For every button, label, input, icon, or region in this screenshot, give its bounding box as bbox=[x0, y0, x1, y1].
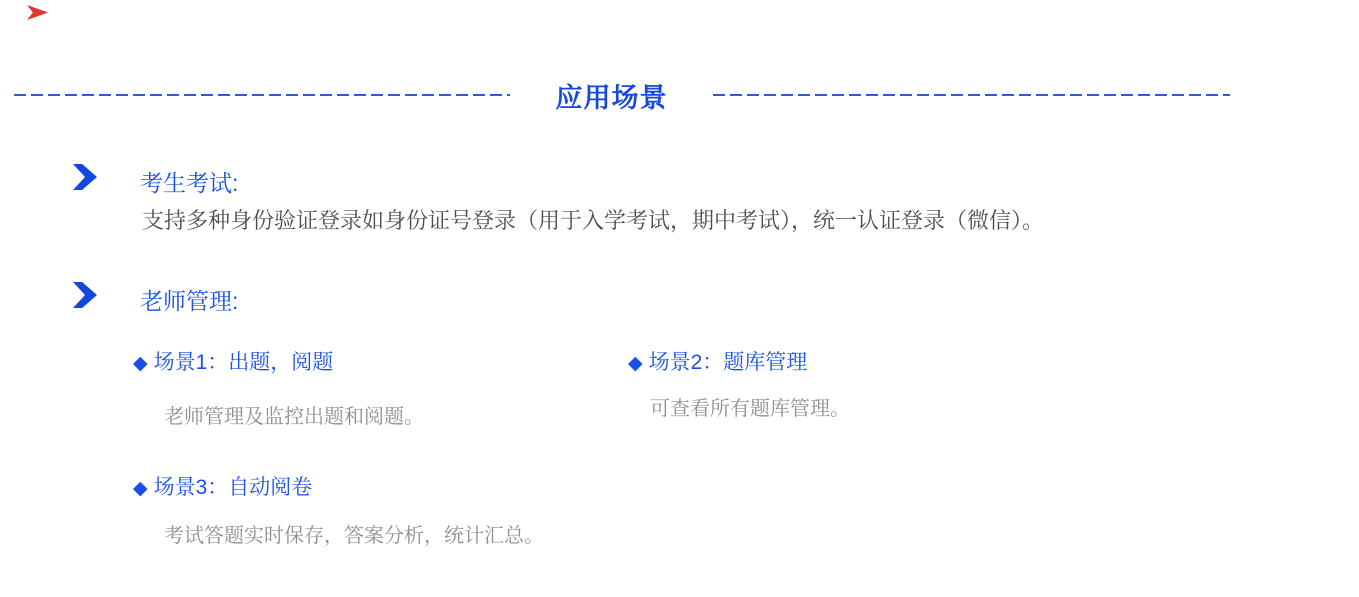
scenario-2-title: ◆场景2：题库管理 bbox=[628, 346, 807, 376]
diamond-bullet-icon: ◆ bbox=[133, 352, 148, 375]
application-scenarios-page: 应用场景 考生考试: 支持多种身份验证登录如身份证号登录（用于入学考试，期中考试… bbox=[0, 0, 1359, 597]
chevron-right-icon bbox=[73, 164, 97, 190]
scenario-1-title-text: 场景1：出题，阅题 bbox=[154, 351, 334, 374]
red-arrow-icon bbox=[27, 5, 48, 20]
title-dash-right bbox=[713, 94, 1230, 96]
scenario-1-title: ◆场景1：出题，阅题 bbox=[133, 346, 333, 376]
scenario-2-description: 可查看所有题库管理。 bbox=[650, 392, 850, 421]
scenario-3-title-text: 场景3：自动阅卷 bbox=[154, 476, 313, 499]
scenario-3-title: ◆场景3：自动阅卷 bbox=[133, 471, 312, 501]
section-description-candidate-exam: 支持多种身份验证登录如身份证号登录（用于入学考试，期中考试），统一认证登录（微信… bbox=[142, 204, 1044, 235]
section-heading-teacher-management: 老师管理: bbox=[140, 283, 238, 316]
diamond-bullet-icon: ◆ bbox=[628, 352, 643, 375]
scenario-2-title-text: 场景2：题库管理 bbox=[649, 351, 808, 374]
diamond-bullet-icon: ◆ bbox=[133, 477, 148, 500]
scenario-3-description: 考试答题实时保存，答案分析，统计汇总。 bbox=[164, 519, 544, 548]
title-dash-left bbox=[14, 94, 510, 96]
chevron-right-icon bbox=[73, 282, 97, 308]
section-heading-candidate-exam: 考生考试: bbox=[140, 165, 238, 198]
scenario-1-description: 老师管理及监控出题和阅题。 bbox=[164, 400, 424, 429]
page-title: 应用场景 bbox=[510, 76, 713, 115]
